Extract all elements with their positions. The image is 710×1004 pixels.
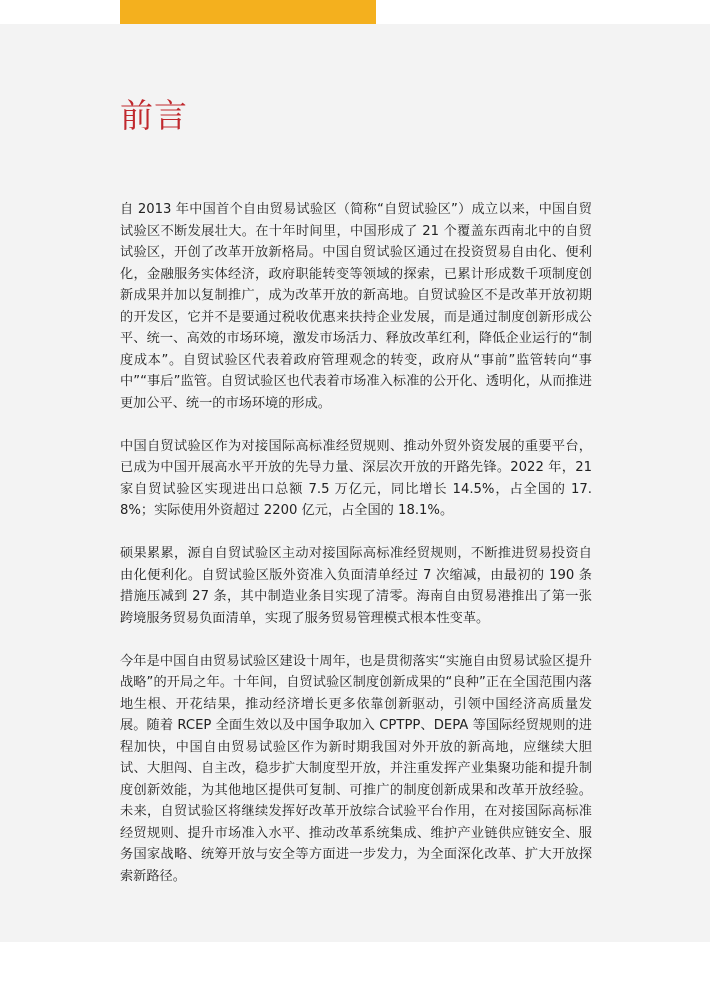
paragraph-3: 硕果累累，源自自贸试验区主动对接国际高标准经贸规则，不断推进贸易投资自由化便利化… xyxy=(120,543,592,629)
paragraph-4: 今年是中国自由贸易试验区建设十周年，也是贯彻落实“实施自由贸易试验区提升战略”的… xyxy=(120,651,592,888)
page-title: 前言 xyxy=(120,94,188,138)
top-accent-bar xyxy=(120,0,376,24)
foreword-body: 自 2013 年中国首个自由贸易试验区（简称“自贸试验区”）成立以来，中国自贸试… xyxy=(120,199,592,909)
paragraph-2: 中国自贸试验区作为对接国际高标准经贸规则、推动外贸外资发展的重要平台，已成为中国… xyxy=(120,436,592,522)
paragraph-1: 自 2013 年中国首个自由贸易试验区（简称“自贸试验区”）成立以来，中国自贸试… xyxy=(120,199,592,414)
